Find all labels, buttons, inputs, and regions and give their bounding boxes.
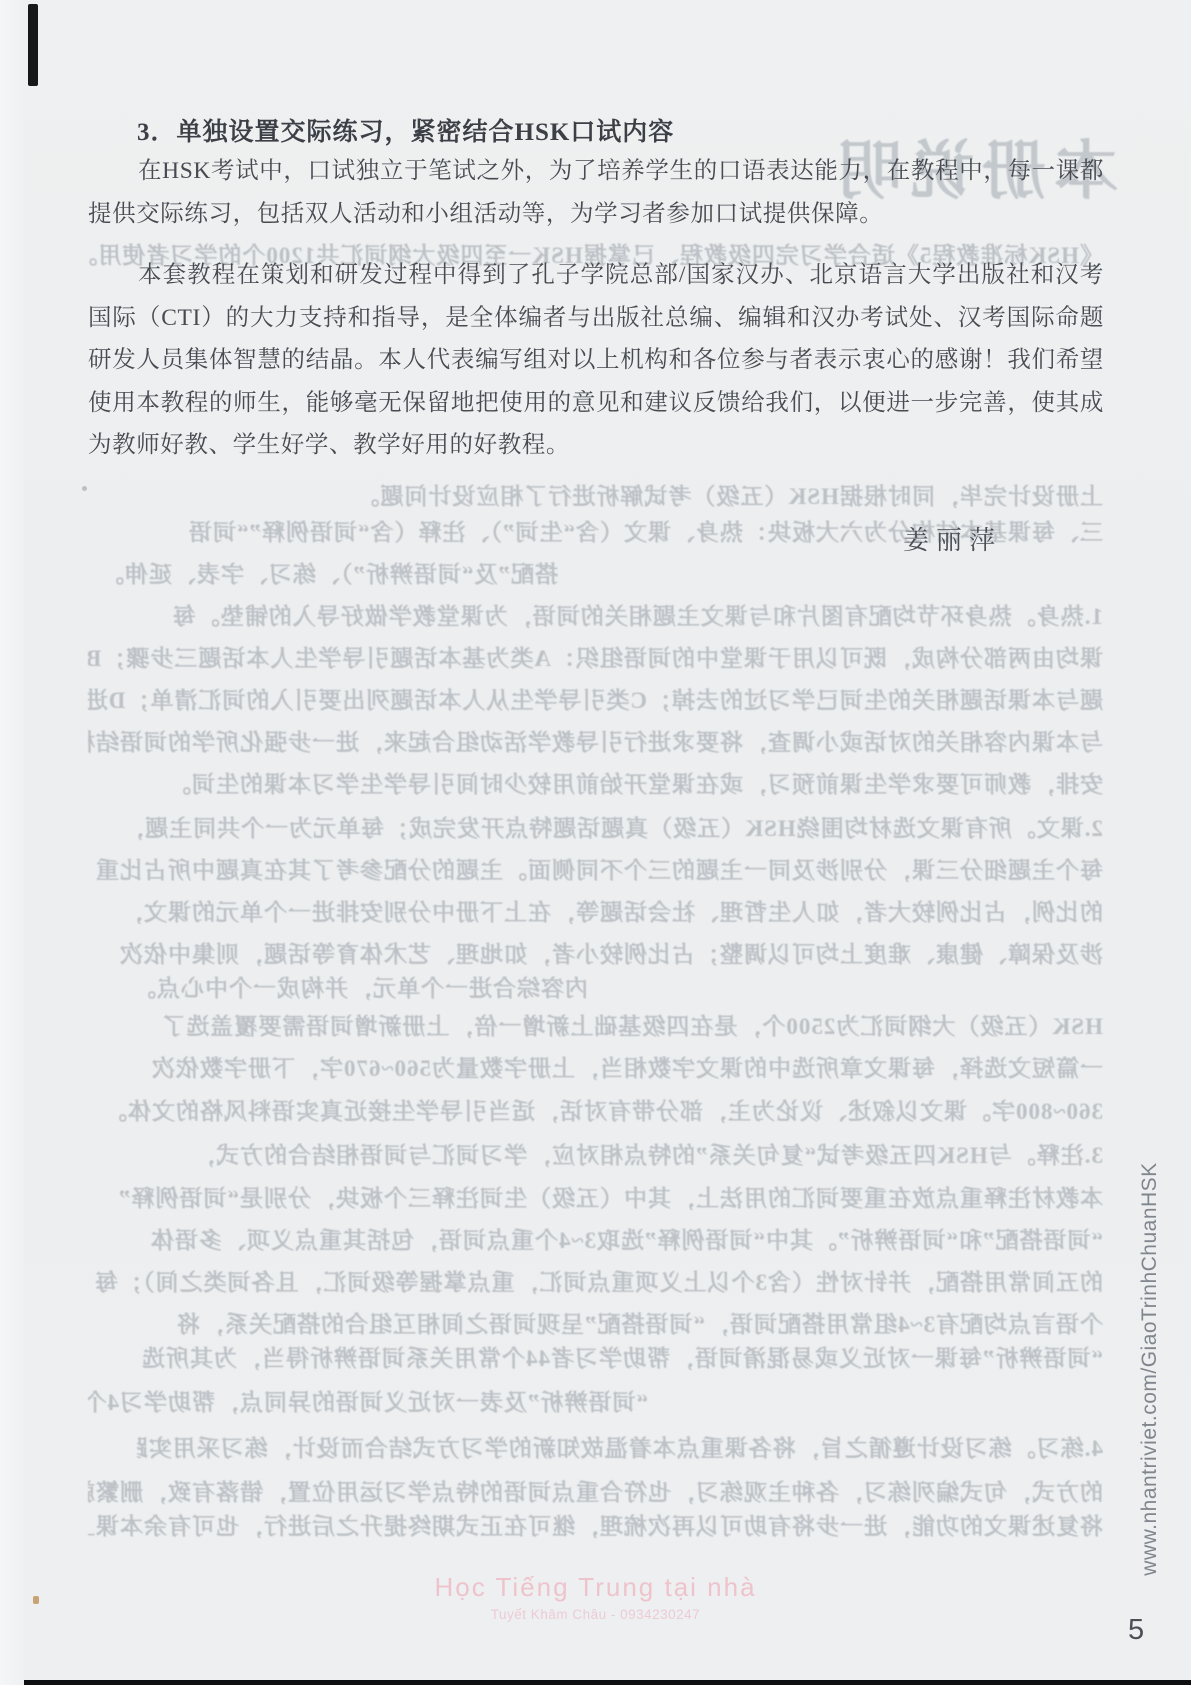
bleedthrough-line: 的方式，句式编列练习，各种主观练习，也符合重点词语的特点学习运用位置，错落有致，… bbox=[88, 1474, 1103, 1504]
bleedthrough-line: 1.热身。热身环节均配有图片和与课文主题相关的词语，为课堂教学做好导入的铺垫。每 bbox=[137, 598, 1103, 628]
bleedthrough-line: “词语搭配”和“词语辨析”。其中“词语例释”选取3~4个重点词语，包括其重点义项… bbox=[88, 1222, 1103, 1252]
bleedthrough-line: 的五间常用搭配，并针对性（含3个以上义项重点词汇，重点掌握等级词汇，且各词类之间… bbox=[88, 1264, 1103, 1294]
bleedthrough-line: “词语辨析”及表一对近义词语的异同点，帮助学习4个常用词组。 bbox=[88, 1384, 648, 1414]
bleedthrough-line: 涉及保障、健康、难度上均可以调整；占比例较小者，如地理、艺术体育等话题，则集中依… bbox=[88, 936, 1103, 966]
paragraph: 在HSK考试中，口试独立于笔试之外，为了培养学生的口语表达能力，在教程中，每一课… bbox=[88, 150, 1104, 235]
bleedthrough-line: 2.课文。所有课文选材均围绕HSK（五级）真题话题特点开发完成；每单元为一个共同… bbox=[137, 810, 1103, 840]
bleedthrough-line: 一篇短文选择，每课文章所选中的课文字数相当，上册字数量为560~670字，下册字… bbox=[88, 1050, 1103, 1080]
side-url-watermark: www.nhantriviet.com/GiaoTrinhChuanHSK bbox=[1138, 1141, 1162, 1597]
bleedthrough-layer: 本册说明 《HSK标准教程5》适合学习完四级教程、已掌握HSK一至四级大纲词汇共… bbox=[0, 0, 1191, 1685]
scan-speck bbox=[33, 1596, 39, 1604]
scan-speck bbox=[82, 486, 87, 491]
bleedthrough-line: 个语言点均配有3~4组常用搭配词语，“词语搭配”呈现词语之间相互组合的搭配关系，… bbox=[88, 1306, 1103, 1336]
bleedthrough-line: 将复述课文的功能，进一步将有助可以再次梳理，继可在正式期终提升之后进行，也可有余… bbox=[88, 1508, 1103, 1538]
page-number: 5 bbox=[1128, 1614, 1144, 1647]
bleedthrough-line: 与本课内容相关的对话或小调查，将要求进行引导教学活动组合起来，进一步强化所学的词… bbox=[88, 724, 1103, 754]
paragraph: 本套教程在策划和研发过程中得到了孔子学院总部/国家汉办、北京语言大学出版社和汉考… bbox=[88, 254, 1104, 467]
pink-watermark-text: Học Tiếng Trung tại nhà bbox=[0, 1572, 1191, 1603]
bleedthrough-line: 360~800字。课文以叙述、议论为主，部分带有对话，适当引导学生接近真实语料风… bbox=[88, 1093, 1103, 1123]
bleedthrough-line: 4.练习。练习设计遵循之旨，将各课重点本着温故知新的学习方式结合而设计，练习采用… bbox=[137, 1430, 1103, 1460]
author-signature: 姜丽萍 bbox=[903, 520, 1002, 557]
bleedthrough-line: 上册设计完毕，同时根据HSK（五级）考试解析进行了相应设计问题。 bbox=[300, 478, 1103, 508]
bleedthrough-line: 课均由两部分构成，既可以用于课堂中的词语组织：A类为基本话题引导学生人本话题三步… bbox=[88, 640, 1103, 670]
section-heading: 3．单独设置交际练习，紧密结合HSK口试内容 bbox=[137, 112, 1037, 148]
bleedthrough-line: 本教材注释重点放在重要词汇的用法上，其中（五级）生词注释三个板块，分别是“词语例… bbox=[88, 1180, 1103, 1210]
scanned-document-page: 本册说明 《HSK标准教程5》适合学习完四级教程、已掌握HSK一至四级大纲词汇共… bbox=[0, 0, 1191, 1685]
pink-watermark-subtext: Tuyết Khâm Châu - 0934230247 bbox=[0, 1607, 1191, 1622]
bleedthrough-line: 每个主题细分三课，分别涉及同一主题的三个不同侧面。主题的分配参考了其在真题中所占… bbox=[88, 852, 1103, 882]
scan-artifact-top-left-bar bbox=[28, 4, 38, 86]
page-left-edge bbox=[0, 0, 24, 1685]
bleedthrough-line: “词语辨析”每课一对近义或易混淆词语，帮助学习者44个常用关系词语辨析得当，为其… bbox=[88, 1340, 1103, 1370]
bleedthrough-line: 内容综合进一个单元，并构成一个中心点。 bbox=[88, 970, 588, 1000]
scan-artifact-bottom-bar bbox=[24, 1680, 1191, 1685]
bleedthrough-line: 安排，教师可要求学生课前预习，或在课堂开始前用较少时间引导学生学习本课的生词。 bbox=[88, 766, 1103, 796]
bleedthrough-line: 搭配”及“词语辨析”）、练习、字表、延伸。 bbox=[88, 556, 558, 586]
bleedthrough-line: 3.注释。与HSK四五级考试“复句关系”的特点相对应，学习词汇与词语相结合的方式… bbox=[137, 1137, 1103, 1167]
bleedthrough-line: HSK（五级）大纲词汇为2500个，是在四级基础上新增一倍，上册新增词语需要覆盖… bbox=[137, 1008, 1103, 1038]
bleedthrough-line: 的比例，占比例较大者，如人生哲理、社会话题等，在上下册中分别安排进一个单元的课文… bbox=[88, 894, 1103, 924]
bleedthrough-line: 题与本课话题相关的生词已学习过的去掉；C类引导学生从人本话题列出要引入的词汇清单… bbox=[88, 682, 1103, 712]
